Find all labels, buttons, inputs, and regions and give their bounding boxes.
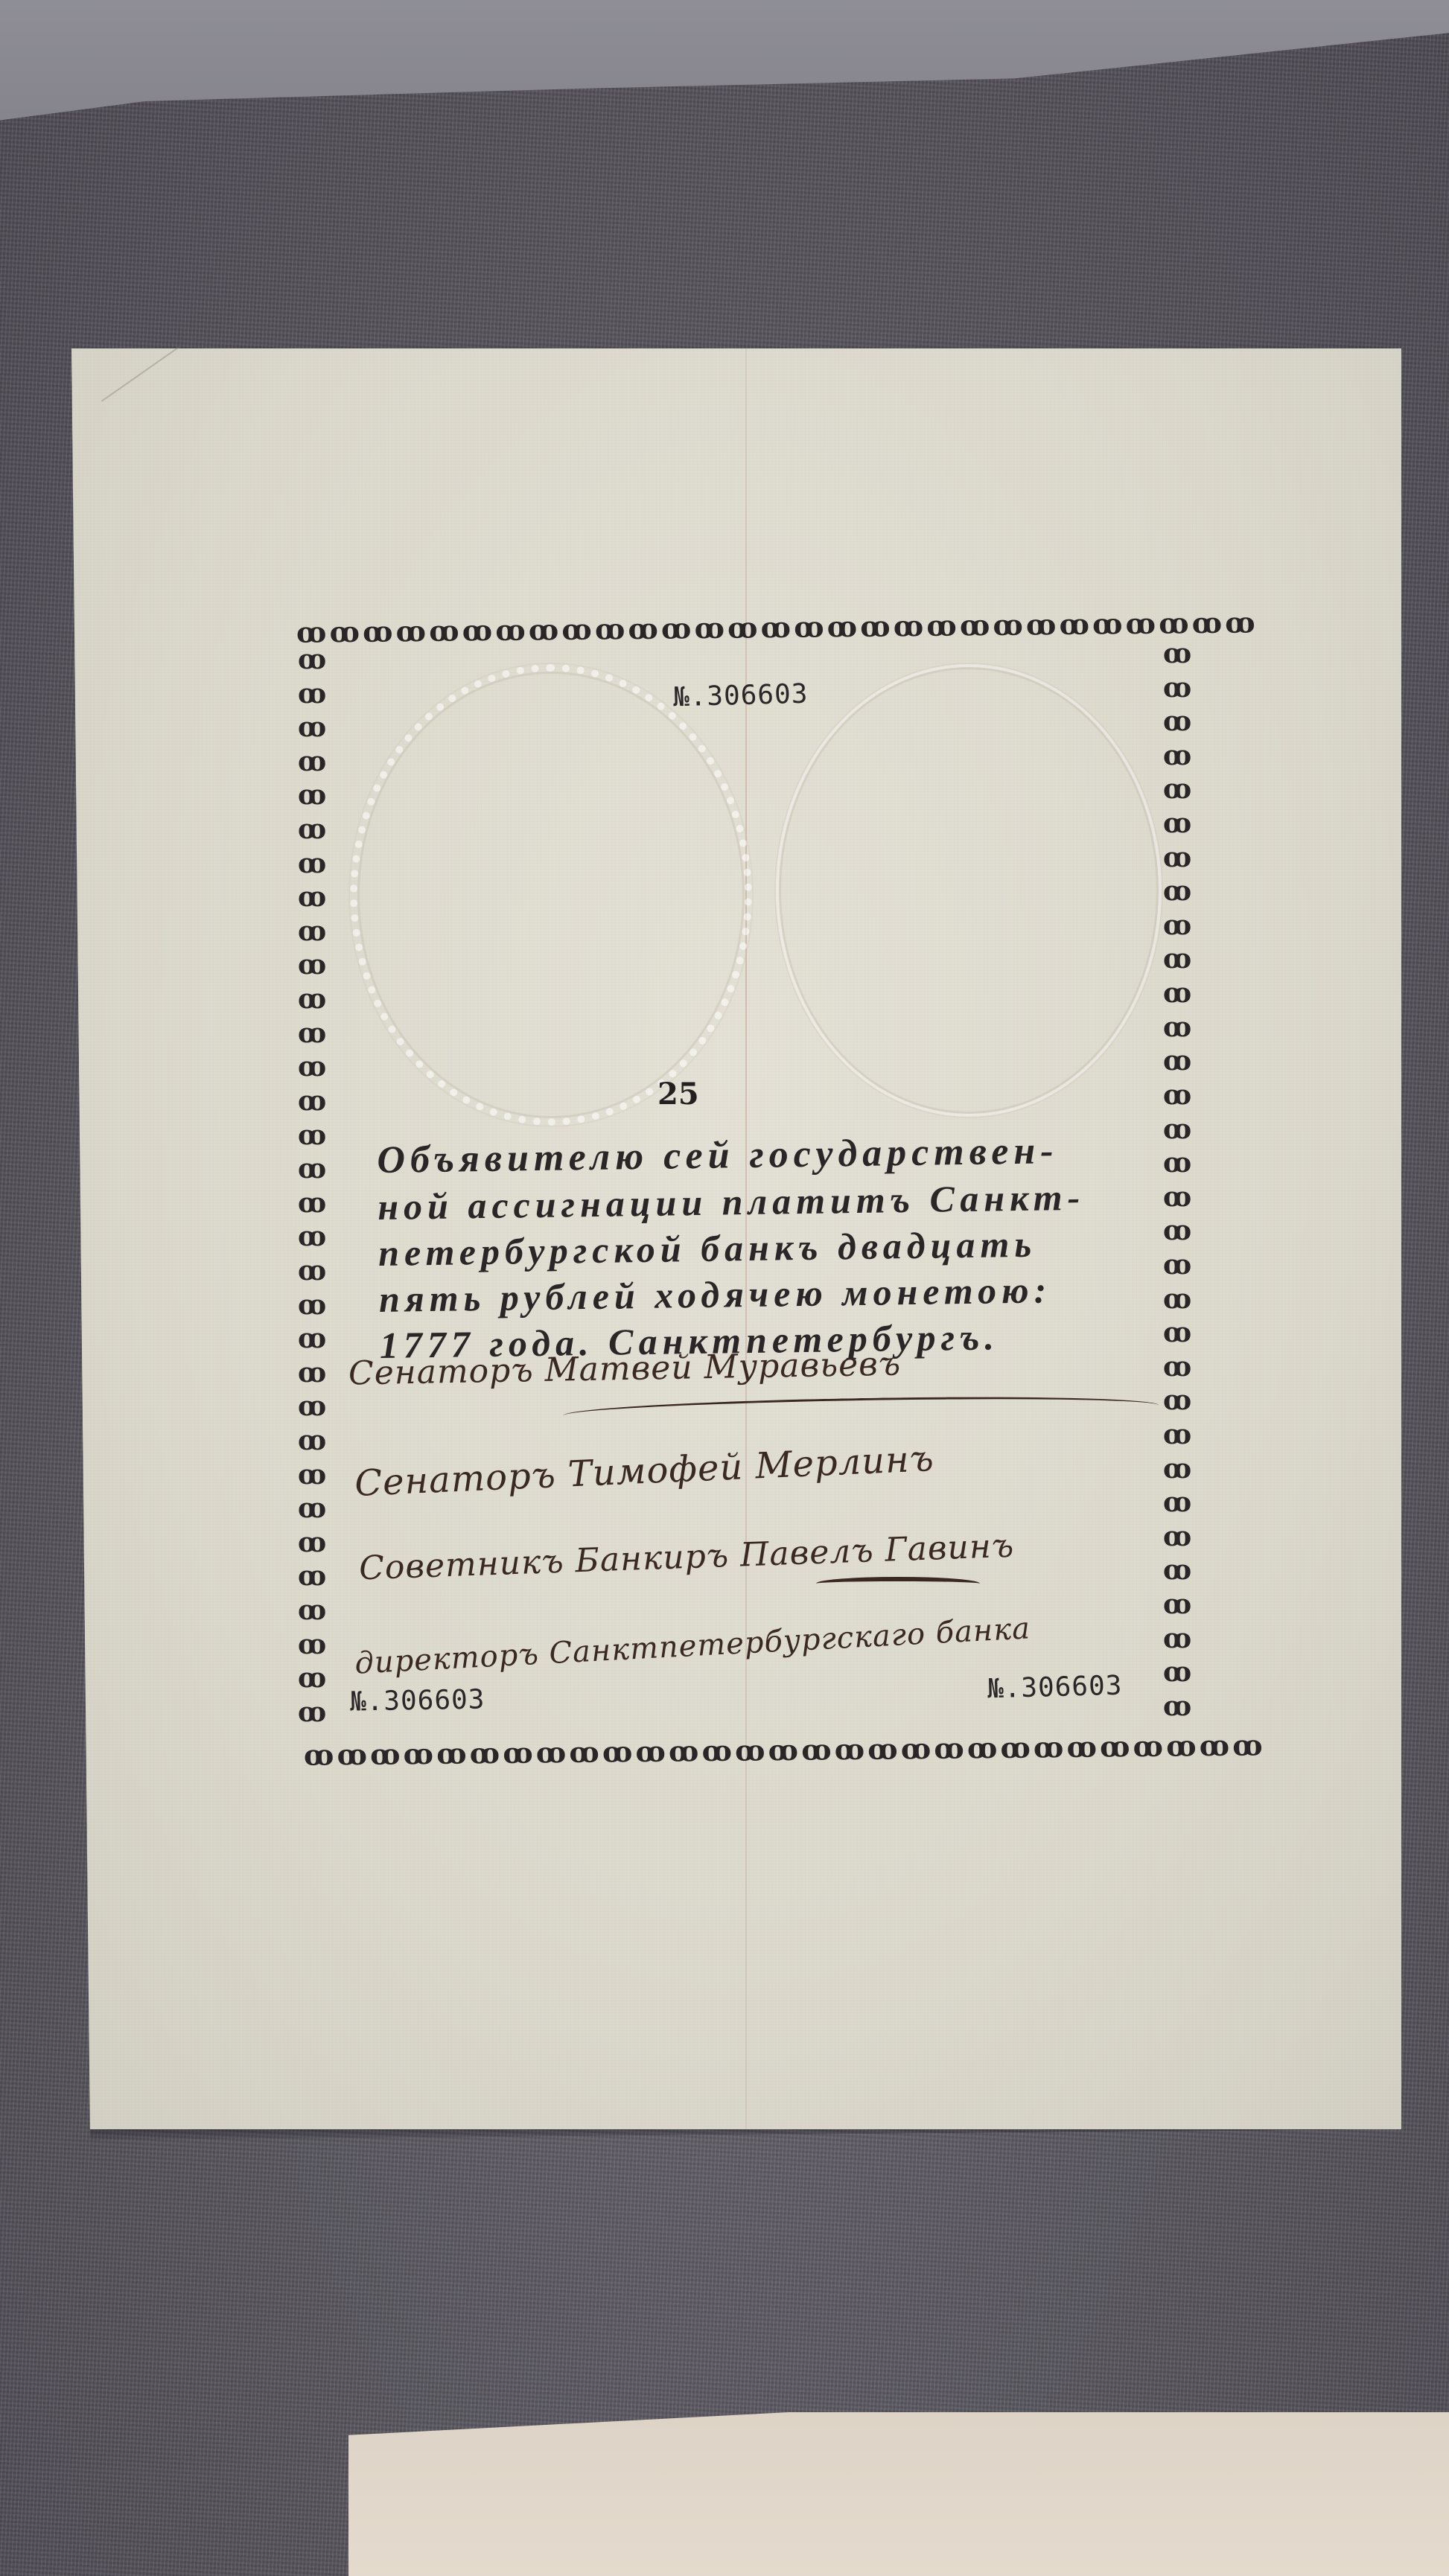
ornament-glyph: ꝏ xyxy=(1159,606,1191,640)
note-text: Объявителю сей государствен- ной ассигна… xyxy=(377,1126,1236,1368)
ornament-glyph: ꝏ xyxy=(760,610,792,644)
ornament-glyph: ꝏ xyxy=(1000,1731,1032,1764)
ornament-glyph: ꝏ xyxy=(1163,708,1191,735)
ornament-glyph: ꝏ xyxy=(298,1190,326,1217)
ornament-glyph: ꝏ xyxy=(835,1732,867,1766)
ornament-glyph: ꝏ xyxy=(298,1461,326,1488)
ornament-glyph: ꝏ xyxy=(694,611,726,645)
ornament-glyph: ꝏ xyxy=(1066,1730,1098,1764)
ornament-glyph: ꝏ xyxy=(298,1563,326,1590)
ornament-glyph: ꝏ xyxy=(329,615,361,648)
ornament-glyph: ꝏ xyxy=(298,986,326,1013)
ornament-glyph: ꝏ xyxy=(1163,1591,1191,1618)
ornament-glyph: ꝏ xyxy=(298,782,326,809)
ornament-glyph: ꝏ xyxy=(363,614,395,648)
ornament-glyph: ꝏ xyxy=(794,610,826,643)
ornament-glyph: ꝏ xyxy=(1163,1082,1191,1109)
ornament-glyph: ꝏ xyxy=(1163,640,1191,667)
serial-number-top: №.306603 xyxy=(672,679,808,713)
ornament-glyph: ꝏ xyxy=(860,609,892,643)
embossed-medallion-left xyxy=(350,664,752,1126)
ornament-glyph: ꝏ xyxy=(867,1732,899,1765)
ornament-glyph: ꝏ xyxy=(628,612,660,645)
ornament-glyph: ꝏ xyxy=(1163,1557,1191,1584)
ornament-glyph: ꝏ xyxy=(827,610,859,643)
ornament-glyph: ꝏ xyxy=(298,1122,326,1149)
ornament-glyph: ꝏ xyxy=(298,1020,326,1047)
ornament-glyph: ꝏ xyxy=(298,1223,326,1250)
ornament-glyph: ꝏ xyxy=(298,884,326,911)
ornament-glyph: ꝏ xyxy=(298,1597,326,1624)
ornament-glyph: ꝏ xyxy=(298,1292,326,1319)
ornament-glyph: ꝏ xyxy=(1163,1421,1191,1448)
serial-number-bottom-left: №.306603 xyxy=(350,1684,485,1717)
ornament-glyph: ꝏ xyxy=(561,613,593,646)
ornament-glyph: ꝏ xyxy=(1163,1625,1191,1652)
ornament-glyph: ꝏ xyxy=(470,1736,502,1770)
ornament-glyph: ꝏ xyxy=(298,1155,326,1182)
ornament-glyph: ꝏ xyxy=(967,1731,999,1764)
ornament-glyph: ꝏ xyxy=(529,613,561,646)
ornament-glyph: ꝏ xyxy=(1163,776,1191,803)
ornament-glyph: ꝏ xyxy=(495,613,527,647)
ornament-glyph: ꝏ xyxy=(298,1529,326,1556)
ornament-glyph: ꝏ xyxy=(1225,605,1257,639)
ornament-glyph: ꝏ xyxy=(1163,1489,1191,1516)
ornament-glyph: ꝏ xyxy=(1163,742,1191,769)
ornament-glyph: ꝏ xyxy=(298,1257,326,1284)
ornament-glyph: ꝏ xyxy=(661,611,693,645)
embossed-medallion-right xyxy=(776,664,1162,1117)
ornament-glyph: ꝏ xyxy=(727,610,759,644)
ornament-glyph: ꝏ xyxy=(1163,810,1191,837)
ornament-glyph: ꝏ xyxy=(298,918,326,945)
second-document-edge xyxy=(348,2412,1449,2576)
ornament-glyph: ꝏ xyxy=(298,1088,326,1115)
ornament-glyph: ꝏ xyxy=(1092,607,1124,640)
denomination: 25 xyxy=(657,1077,699,1112)
signature-underline xyxy=(816,1577,980,1590)
ornament-glyph: ꝏ xyxy=(298,1053,326,1080)
ornament-glyph: ꝏ xyxy=(669,1734,701,1767)
ornament-glyph: ꝏ xyxy=(298,1631,326,1658)
ornament-glyph: ꝏ xyxy=(298,646,326,673)
ornament-glyph: ꝏ xyxy=(1100,1729,1132,1763)
ornament-glyph: ꝏ xyxy=(370,1737,402,1770)
ornament-glyph: ꝏ xyxy=(701,1734,733,1767)
ornament-glyph: ꝏ xyxy=(1163,1456,1191,1482)
ornament-glyph: ꝏ xyxy=(298,1393,326,1420)
ornament-glyph: ꝏ xyxy=(395,614,427,648)
ornament-glyph: ꝏ xyxy=(298,951,326,978)
ornament-glyph: ꝏ xyxy=(569,1735,601,1769)
ornament-glyph: ꝏ xyxy=(801,1732,833,1766)
ornament-glyph: ꝏ xyxy=(1232,1728,1264,1762)
ornament-glyph: ꝏ xyxy=(1163,1693,1191,1720)
ornament-glyph: ꝏ xyxy=(1125,607,1157,640)
ornament-glyph: ꝏ xyxy=(298,714,326,741)
ornament-glyph: ꝏ xyxy=(1163,844,1191,871)
ornament-glyph: ꝏ xyxy=(298,1665,326,1692)
ornament-glyph: ꝏ xyxy=(635,1735,667,1768)
ornament-glyph: ꝏ xyxy=(901,1732,933,1765)
ornament-glyph: ꝏ xyxy=(1163,1659,1191,1686)
ornament-glyph: ꝏ xyxy=(894,609,926,643)
ornament-glyph: ꝏ xyxy=(298,816,326,843)
ornament-glyph: ꝏ xyxy=(403,1737,435,1770)
ornament-glyph: ꝏ xyxy=(1133,1729,1165,1763)
ornament-glyph: ꝏ xyxy=(993,608,1025,642)
ornament-glyph: ꝏ xyxy=(298,1427,326,1454)
ornament-glyph: ꝏ xyxy=(536,1735,568,1769)
ornament-glyph: ꝏ xyxy=(602,1735,634,1768)
ornament-glyph: ꝏ xyxy=(298,748,326,775)
ornament-glyph: ꝏ xyxy=(735,1733,767,1767)
ornament-glyph: ꝏ xyxy=(1163,946,1191,972)
ornament-border-left: ꝏꝏꝏꝏꝏꝏꝏꝏꝏꝏꝏꝏꝏꝏꝏꝏꝏꝏꝏꝏꝏꝏꝏꝏꝏꝏꝏꝏꝏꝏꝏꝏ xyxy=(298,646,326,1726)
ornament-glyph: ꝏ xyxy=(1163,1387,1191,1414)
ornament-glyph: ꝏ xyxy=(436,1736,468,1770)
ornament-glyph: ꝏ xyxy=(298,1325,326,1352)
ornament-glyph: ꝏ xyxy=(337,1738,369,1771)
banknote-sheet: ꝏꝏꝏꝏꝏꝏꝏꝏꝏꝏꝏꝏꝏꝏꝏꝏꝏꝏꝏꝏꝏꝏꝏꝏꝏꝏꝏꝏꝏ ꝏꝏꝏꝏꝏꝏꝏꝏꝏꝏ… xyxy=(71,348,1401,2129)
ornament-glyph: ꝏ xyxy=(1163,675,1191,701)
ornament-glyph: ꝏ xyxy=(1199,1729,1231,1762)
ornament-glyph: ꝏ xyxy=(462,613,494,647)
ornament-glyph: ꝏ xyxy=(429,613,461,647)
ornament-glyph: ꝏ xyxy=(1163,1048,1191,1074)
ornament-glyph: ꝏ xyxy=(298,680,326,707)
ornament-glyph: ꝏ xyxy=(1191,606,1223,640)
ornament-glyph: ꝏ xyxy=(298,1699,326,1726)
ornament-glyph: ꝏ xyxy=(304,1738,336,1771)
ornament-glyph: ꝏ xyxy=(298,1495,326,1522)
ornament-glyph: ꝏ xyxy=(768,1733,800,1767)
ornament-glyph: ꝏ xyxy=(1059,608,1091,641)
serial-number-bottom-right: №.306603 xyxy=(987,1671,1122,1705)
ornament-glyph: ꝏ xyxy=(503,1736,535,1770)
ornament-glyph: ꝏ xyxy=(1026,608,1058,641)
ornament-glyph: ꝏ xyxy=(595,612,627,645)
ornament-glyph: ꝏ xyxy=(1163,912,1191,939)
ornament-glyph: ꝏ xyxy=(1163,878,1191,905)
ornament-glyph: ꝏ xyxy=(1163,1014,1191,1041)
ornament-glyph: ꝏ xyxy=(934,1731,966,1764)
ornament-glyph: ꝏ xyxy=(298,850,326,877)
ornament-glyph: ꝏ xyxy=(1163,980,1191,1007)
ornament-glyph: ꝏ xyxy=(298,1359,326,1386)
ornament-glyph: ꝏ xyxy=(1034,1730,1066,1764)
ornament-glyph: ꝏ xyxy=(926,608,958,642)
ornament-glyph: ꝏ xyxy=(960,608,992,642)
ornament-glyph: ꝏ xyxy=(1166,1729,1198,1762)
ornament-glyph: ꝏ xyxy=(1163,1523,1191,1550)
